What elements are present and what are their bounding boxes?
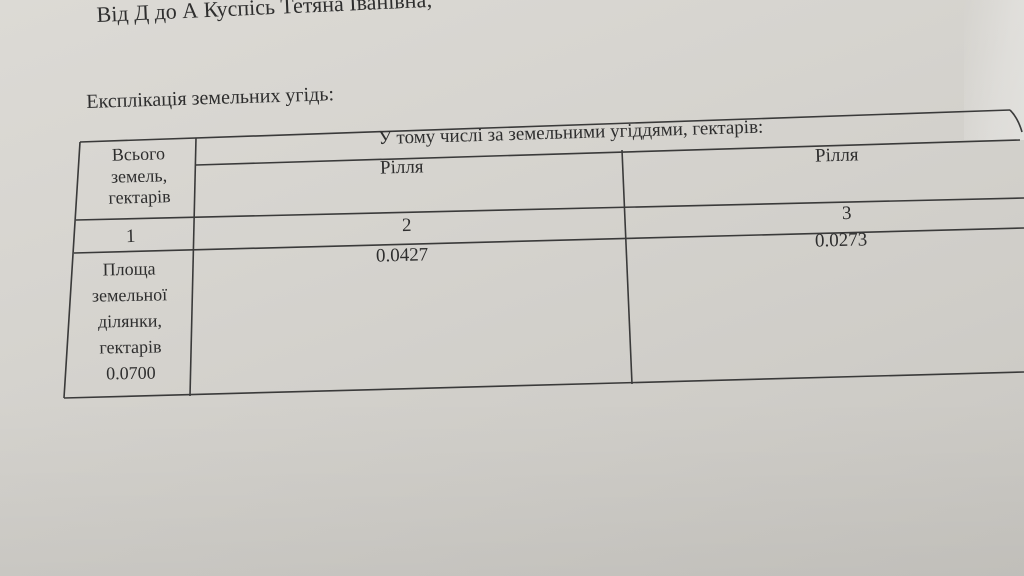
row-label-line: земельної: [79, 281, 179, 309]
value-col-3: 0.0273: [815, 229, 868, 253]
column-number-3: 3: [842, 203, 852, 226]
row-label-area: Площа земельної ділянки, гектарів 0.0700: [79, 255, 181, 387]
column-label-2: Рілля: [380, 156, 424, 180]
header-total-line: земель,: [96, 164, 183, 188]
column-label-text: Рілля: [380, 156, 424, 178]
document-page: Від Д до А Куспісь Тетяна Іванівна; Експ…: [0, 0, 1024, 576]
value-text: 0.0273: [815, 229, 868, 251]
column-label-3: Рілля: [815, 144, 859, 168]
row-label-line: гектарів: [80, 333, 180, 361]
column-number-1: 1: [126, 226, 136, 249]
row-label-line: 0.0700: [81, 359, 181, 387]
column-label-text: Рілля: [815, 144, 859, 166]
value-col-2: 0.0427: [376, 244, 429, 268]
row-label-line: Площа: [79, 255, 179, 283]
column-number-text: 2: [402, 215, 412, 236]
header-total: Всього земель, гектарів: [95, 143, 183, 210]
row-label-line: ділянки,: [80, 307, 180, 335]
column-number-text: 3: [842, 203, 852, 224]
column-number-text: 1: [126, 226, 136, 247]
header-total-line: гектарів: [96, 186, 183, 210]
column-number-2: 2: [402, 215, 412, 238]
header-total-line: Всього: [95, 143, 182, 167]
value-text: 0.0427: [376, 244, 429, 266]
